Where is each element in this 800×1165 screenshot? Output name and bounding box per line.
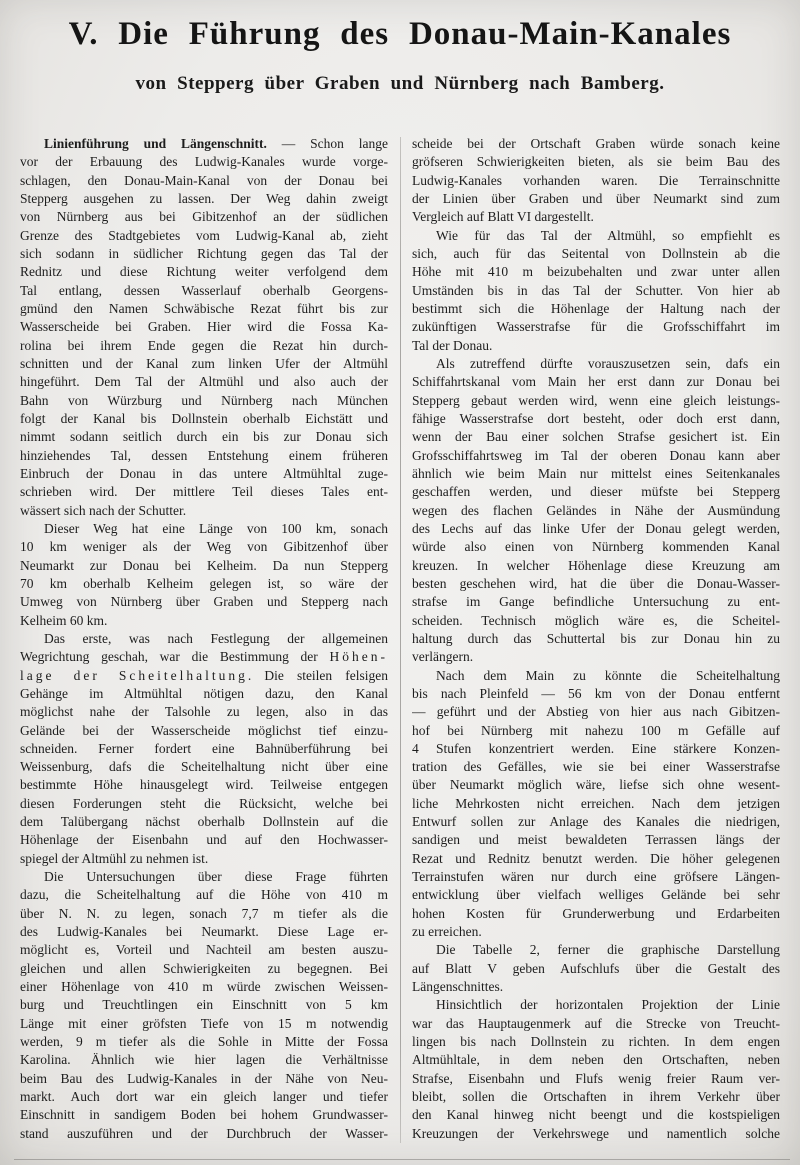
text-line: hinziehendes Tal, dessen Entstehung eine… bbox=[20, 447, 388, 465]
text-line: Grenze des Stadtgebietes vom Ludwig-Kana… bbox=[20, 227, 388, 245]
text-line: Als zutreffend dürfte vorauszusetzen sei… bbox=[412, 355, 780, 373]
text-line: zu erreichen. bbox=[412, 923, 780, 941]
text-line: schrieben wird. Der mittlere Teil dieses… bbox=[20, 483, 388, 501]
text-line: fähige Wasserstrafse dort besteht, oder … bbox=[412, 410, 780, 428]
text-line: Grofsschiffahrtsweg im Tal der oberen Do… bbox=[412, 447, 780, 465]
text-line: nimmt sodann seitlich durch ein bis zur … bbox=[20, 428, 388, 446]
text-line: entwicklung über vielfach welliges Gelän… bbox=[412, 886, 780, 904]
text-line: einer Höhenlage von 410 m würde zwischen… bbox=[20, 978, 388, 996]
text-line: hof bei Nürnberg mit nahezu 100 m Gefäll… bbox=[412, 722, 780, 740]
text-line: sich, auch für das Seitental von Dollnst… bbox=[412, 245, 780, 263]
text-line: sich sodann in südlicher Richtung gegen … bbox=[20, 245, 388, 263]
text-line: schlagen, den Donau-Main-Kanal von der D… bbox=[20, 172, 388, 190]
text-line: werden, 9 m tiefer als die Sohle in Mitt… bbox=[20, 1033, 388, 1051]
text-line: strafse im Gange befindliche Untersuchun… bbox=[412, 593, 780, 611]
text-line: Einbruch der Donau in das untere Altmühl… bbox=[20, 465, 388, 483]
text-line: Das erste, was nach Festlegung der allge… bbox=[20, 630, 388, 648]
text-column-right: scheide bei der Ortschaft Graben würde s… bbox=[412, 135, 780, 1143]
scan-edge-line bbox=[14, 1159, 790, 1160]
text-line: stand auszuführen und der Durchbruch der… bbox=[20, 1125, 388, 1143]
text-line: beim Bau des Ludwig-Kanales in der Nähe … bbox=[20, 1070, 388, 1088]
text-line: bestimmte Höhe hinausgelegt wird. Teilwe… bbox=[20, 776, 388, 794]
text-line: schnitten und der Kanal zum linken Ufer … bbox=[20, 355, 388, 373]
text-line: Tal entlang, dessen Wasserlauf oberhalb … bbox=[20, 282, 388, 300]
text-line: Linienführung und Längenschnitt. — Schon… bbox=[20, 135, 388, 153]
text-line: Dieser Weg hat eine Länge von 100 km, so… bbox=[20, 520, 388, 538]
text-line: Nach dem Main zu könnte die Scheitelhalt… bbox=[412, 667, 780, 685]
text-line: Stepperg ausgehen zu lassen. Der Weg dah… bbox=[20, 190, 388, 208]
text-line: bestimmt sich die Höhenlage der Haltung … bbox=[412, 300, 780, 318]
text-line: dem Talübergang nächst oberhalb Dollnste… bbox=[20, 813, 388, 831]
text-line: sandigen und meist bewaldeten Terrassen … bbox=[412, 831, 780, 849]
text-line: bis nach Pleinfeld — 56 km von der Donau… bbox=[412, 685, 780, 703]
text-line: gröfseren Schwierigkeiten bieten, als si… bbox=[412, 153, 780, 171]
text-line: Altmühltale, in dem neben den Ortschafte… bbox=[412, 1051, 780, 1069]
text-line: — geführt und der Abstieg von hier aus n… bbox=[412, 703, 780, 721]
text-line: schneiden. Ferner fordert eine Bahnüberf… bbox=[20, 740, 388, 758]
text-line: lingen bis nach Dollnstein zu richten. I… bbox=[412, 1033, 780, 1051]
text-line: Stepperg gebaut werden wird, wenn eine g… bbox=[412, 392, 780, 410]
text-line: folgt der Kanal bis Dollnstein oberhalb … bbox=[20, 410, 388, 428]
page-subtitle: von Stepperg über Graben und Nürnberg na… bbox=[0, 53, 800, 95]
text-line: scheide bei der Ortschaft Graben würde s… bbox=[412, 135, 780, 153]
text-line: 70 km oberhalb Kelheim gelegen ist, so w… bbox=[20, 575, 388, 593]
text-line: über N. N. zu legen, sonach 7,7 m tiefer… bbox=[20, 905, 388, 923]
text-line: der Linien über Graben und über Neumarkt… bbox=[412, 190, 780, 208]
text-line: Die Tabelle 2, ferner die graphische Dar… bbox=[412, 941, 780, 959]
text-line: gleichen und allen Schwierigkeiten zu be… bbox=[20, 960, 388, 978]
text-line: tration des Gefälles, wie sie bei einer … bbox=[412, 758, 780, 776]
text-line: möglicht es, Vorteil und Nachteil am bes… bbox=[20, 941, 388, 959]
text-line: zukünftigen Wasserstrafse für die Grofss… bbox=[412, 318, 780, 336]
text-line: Terrainstufen wären nur durch eine gröfs… bbox=[412, 868, 780, 886]
text-line: hohen Kosten für Grunderwerbung und Erda… bbox=[412, 905, 780, 923]
text-line: vor der Erbauung des Ludwig-Kanales wurd… bbox=[20, 153, 388, 171]
text-line: Tal der Donau. bbox=[412, 337, 780, 355]
text-line: 10 km weniger als der Weg von Gibitzenho… bbox=[20, 538, 388, 556]
text-line: wässert sich nach der Schutter. bbox=[20, 502, 388, 520]
text-line: Höhe mit 410 m beizubehalten und zwar un… bbox=[412, 263, 780, 281]
text-line: auf Blatt V geben Aufschlufs über die Ge… bbox=[412, 960, 780, 978]
text-line: ähnlich wie beim Main nur mittelst eines… bbox=[412, 465, 780, 483]
text-line: Rezat und Rednitz benutzt werden. Die hö… bbox=[412, 850, 780, 868]
text-line: verlängern. bbox=[412, 648, 780, 666]
text-line: des Ludwig-Kanales bei Neumarkt. Diese L… bbox=[20, 923, 388, 941]
text-line: Ludwig-Kanales vorhanden waren. Die Terr… bbox=[412, 172, 780, 190]
text-line: hingeführt. Dem Tal der Altmühl und also… bbox=[20, 373, 388, 391]
column-divider bbox=[400, 137, 401, 1143]
text-line: geschaffen werden, und dieser müfste bei… bbox=[412, 483, 780, 501]
text-line: Die Untersuchungen über diese Frage führ… bbox=[20, 868, 388, 886]
document-page: V. Die Führung des Donau-Main-Kanales vo… bbox=[0, 0, 800, 1165]
text-line: von Nürnberg aus bei Gibitzenhof an der … bbox=[20, 208, 388, 226]
text-line: Neumarkt zur Donau bei Kelheim. Da nun S… bbox=[20, 557, 388, 575]
text-line: kreuzen. In welcher Höhenlage diese Kreu… bbox=[412, 557, 780, 575]
text-line: möglichst nahe der Talsohle zu legen, al… bbox=[20, 703, 388, 721]
text-line: den Kanal hinweg nicht beengt und die ko… bbox=[412, 1106, 780, 1124]
text-columns: Linienführung und Längenschnitt. — Schon… bbox=[0, 135, 800, 1143]
text-line: Länge mit einer gröfsten Tiefe von 15 m … bbox=[20, 1015, 388, 1033]
text-line: Wasserscheide bei Graben. Hier wird die … bbox=[20, 318, 388, 336]
text-line: burg und Treuchtlingen ein Einschnitt vo… bbox=[20, 996, 388, 1014]
text-line: rolina bei ihrem Ende gegen die Rezat hi… bbox=[20, 337, 388, 355]
text-line: war das Hauptaugenmerk auf die Strecke v… bbox=[412, 1015, 780, 1033]
text-line: Weissenburg, dafs die Scheitelhaltung ni… bbox=[20, 758, 388, 776]
text-line: wegen des flachen Geländes in Nähe der A… bbox=[412, 502, 780, 520]
text-line: Wie für das Tal der Altmühl, so empfiehl… bbox=[412, 227, 780, 245]
text-line: gmünd den Namen Schwäbische Rezat führt … bbox=[20, 300, 388, 318]
text-line: Bahn von Würzburg und Nürnberg nach Münc… bbox=[20, 392, 388, 410]
page-title: V. Die Führung des Donau-Main-Kanales bbox=[0, 0, 800, 53]
text-line: dazu, die Scheitelhaltung auf die Höhe v… bbox=[20, 886, 388, 904]
text-line: spiegel der Altmühl zu nehmen ist. bbox=[20, 850, 388, 868]
text-line: bleibt, sollen die Ortschaften in ihrem … bbox=[412, 1088, 780, 1106]
text-line: des Lechs auf das linke Ufer der Donau g… bbox=[412, 520, 780, 538]
text-line: Einschnitt in sandigem Boden bei hohem G… bbox=[20, 1106, 388, 1124]
text-line: über Neumarkt möglich wäre, liefse sich … bbox=[412, 776, 780, 794]
text-line: markt. Auch dort war ein gleich langer u… bbox=[20, 1088, 388, 1106]
text-line: Kelheim 60 km. bbox=[20, 612, 388, 630]
text-line: Strafse, Eisenbahn und Flufs wenig freie… bbox=[412, 1070, 780, 1088]
text-line: Wegrichtung geschah, war die Bestimmung … bbox=[20, 648, 388, 666]
text-line: 4 Stufen konzentriert werden. Eine stärk… bbox=[412, 740, 780, 758]
text-line: Vergleich auf Blatt VI dargestellt. bbox=[412, 208, 780, 226]
text-line: Gelände bei der Wasserscheide möglichst … bbox=[20, 722, 388, 740]
text-line: Längenschnittes. bbox=[412, 978, 780, 996]
text-line: liche Mehrkosten nicht erreichen. Nach d… bbox=[412, 795, 780, 813]
text-line: scheiden. Technisch möglich wäre es, die… bbox=[412, 612, 780, 630]
text-line: wenn der Bau einer solchen Strafse gesic… bbox=[412, 428, 780, 446]
text-line: haltung durch das Schuttertal bis zur Do… bbox=[412, 630, 780, 648]
text-line: Entwurf sollen zur Anlage des Kanales di… bbox=[412, 813, 780, 831]
text-line: Höhenlage der Eisenbahn und auf den Hoch… bbox=[20, 831, 388, 849]
text-line: Umweg von Nürnberg über Graben und Stepp… bbox=[20, 593, 388, 611]
text-line: Rednitz und diese Richtung weiter verfol… bbox=[20, 263, 388, 281]
text-line: Umständen bis in das Tal der Schutter. V… bbox=[412, 282, 780, 300]
text-line: besten geschehen wird, hat die über die … bbox=[412, 575, 780, 593]
text-line: diesen Forderungen steht die Rücksicht, … bbox=[20, 795, 388, 813]
text-line: Gehänge im Altmühltal nötigen dazu, den … bbox=[20, 685, 388, 703]
text-line: Karolina. Ähnlich wie hier lagen die Ver… bbox=[20, 1051, 388, 1069]
text-line: Kreuzungen der Verkehrswege und namentli… bbox=[412, 1125, 780, 1143]
text-line: würde also einen von Nürnberg kommenden … bbox=[412, 538, 780, 556]
text-column-left: Linienführung und Längenschnitt. — Schon… bbox=[20, 135, 388, 1143]
text-line: Schiffahrtskanal vom Main her erst dann … bbox=[412, 373, 780, 391]
text-line: lage der Scheitelhaltung. Die steilen fe… bbox=[20, 667, 388, 685]
text-line: Hinsichtlich der horizontalen Projektion… bbox=[412, 996, 780, 1014]
